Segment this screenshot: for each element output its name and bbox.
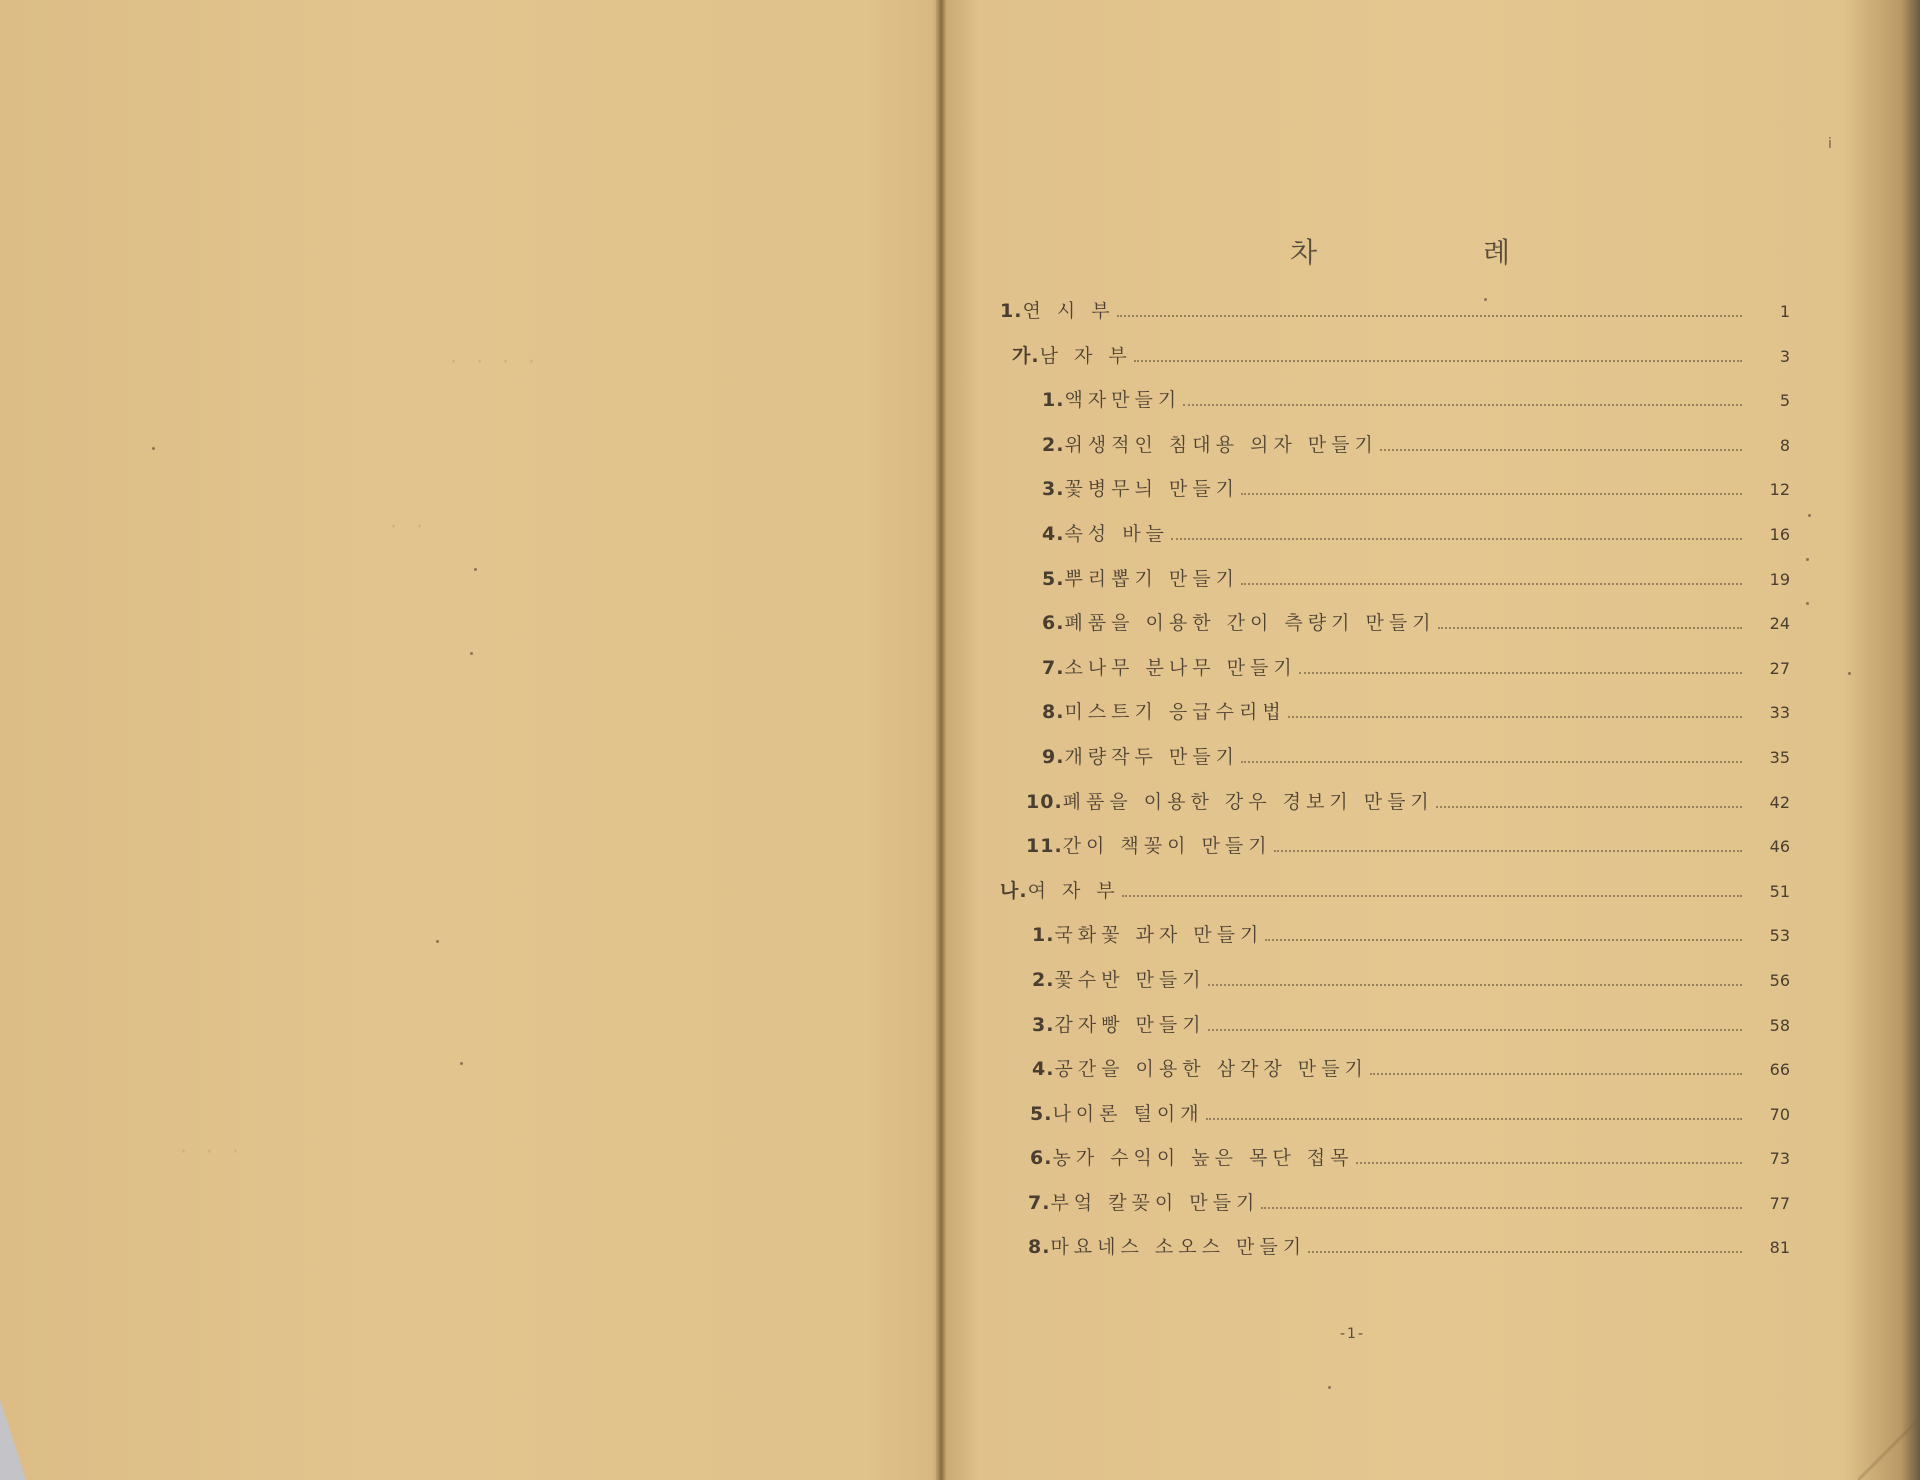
toc-entry-title: 뿌리뽑기 만들기 (1064, 564, 1239, 591)
toc-entry[interactable]: 가.남 자 부3 (1000, 341, 1790, 386)
toc-entry-page: 58 (1750, 1016, 1790, 1035)
dot-leader (1436, 805, 1742, 808)
left-page: · · · · · · · · · (0, 0, 940, 1480)
toc-entry-number: 4. (1032, 1058, 1054, 1080)
toc-entry-page: 12 (1750, 480, 1790, 499)
toc-entry-page: 35 (1750, 748, 1790, 767)
toc-entry-page: 46 (1750, 837, 1790, 856)
toc-entry-page: 51 (1750, 882, 1790, 901)
dust-speck (1848, 672, 1851, 675)
dust-speck (1806, 558, 1809, 561)
dot-leader (1265, 938, 1742, 941)
toc-entry-title: 연 시 부 (1022, 296, 1114, 323)
toc-entry[interactable]: 3.꽃병무늬 만들기12 (1000, 474, 1790, 519)
toc-entry-title: 국화꽃 과자 만들기 (1054, 920, 1263, 947)
toc-entry[interactable]: 7.부엌 칼꽂이 만들기77 (1000, 1188, 1790, 1233)
dot-leader (1208, 1028, 1742, 1031)
toc-entry[interactable]: 1.국화꽃 과자 만들기53 (1000, 920, 1790, 965)
torn-page-corner (0, 1400, 26, 1480)
toc-entry[interactable]: 10.폐품을 이용한 강우 경보기 만들기42 (1000, 787, 1790, 832)
book-spine (936, 0, 946, 1480)
toc-entry-title: 감자빵 만들기 (1054, 1010, 1205, 1037)
toc-entry-title: 나이론 털이개 (1052, 1099, 1203, 1126)
toc-entry-number: 11. (1026, 835, 1063, 857)
dot-leader (1308, 1250, 1742, 1253)
toc-entry-number: 10. (1026, 791, 1063, 813)
dot-leader (1208, 983, 1742, 986)
toc-entry-page: 24 (1750, 614, 1790, 633)
toc-entry-page: 1 (1750, 302, 1790, 321)
toc-entry[interactable]: 4.속성 바늘16 (1000, 519, 1790, 564)
toc-entry-title: 농가 수익이 높은 목단 접목 (1052, 1143, 1353, 1170)
toc-entry-title: 남 자 부 (1040, 341, 1132, 368)
toc-entry[interactable]: 7.소나무 분나무 만들기27 (1000, 653, 1790, 698)
toc-entry-number: 3. (1032, 1014, 1054, 1036)
toc-entry-title: 속성 바늘 (1064, 519, 1168, 546)
toc-entry-number: 2. (1032, 969, 1054, 991)
toc-entry-number: 7. (1028, 1192, 1050, 1214)
toc-entry-number: 3. (1042, 478, 1064, 500)
toc-entry-number: 8. (1042, 701, 1064, 723)
page-number: -1- (1340, 1326, 1365, 1342)
dust-speck (436, 940, 439, 943)
toc-title-char: 례 (1483, 231, 1510, 271)
toc-entry-page: 8 (1750, 436, 1790, 455)
folded-page-corner (1858, 1400, 1918, 1480)
show-through-mark: · · · · (450, 350, 541, 375)
dot-leader (1274, 849, 1742, 852)
toc-entry-number: 4. (1042, 523, 1064, 545)
dot-leader (1122, 894, 1742, 897)
toc-entry[interactable]: 6.폐품을 이용한 간이 측량기 만들기24 (1000, 608, 1790, 653)
toc-entry-page: 53 (1750, 926, 1790, 945)
toc-title-char: 차 (1290, 231, 1317, 271)
toc-entry-number: 6. (1042, 612, 1064, 634)
toc-entry-number: 가. (1012, 341, 1040, 368)
toc-entry[interactable]: 3.감자빵 만들기58 (1000, 1010, 1790, 1055)
toc-entry-title: 액자만들기 (1064, 385, 1181, 412)
dot-leader (1288, 715, 1742, 718)
dot-leader (1117, 314, 1742, 317)
toc-entry-title: 폐품을 이용한 간이 측량기 만들기 (1064, 608, 1435, 635)
toc-entry-number: 나. (1000, 876, 1028, 903)
toc-title: 차 례 (1290, 231, 1510, 271)
toc-entry-number: 8. (1028, 1236, 1050, 1258)
toc-entry-page: 27 (1750, 659, 1790, 678)
dot-leader (1171, 537, 1742, 540)
toc-entry-number: 6. (1030, 1147, 1052, 1169)
toc-entry[interactable]: 4.공간을 이용한 삼각장 만들기66 (1000, 1054, 1790, 1099)
corner-mark: i (1828, 136, 1832, 152)
toc-entry-title: 여 자 부 (1028, 876, 1120, 903)
toc-entry[interactable]: 나.여 자 부51 (1000, 876, 1790, 921)
toc-entry-title: 폐품을 이용한 강우 경보기 만들기 (1063, 787, 1434, 814)
toc-entry-title: 마요네스 소오스 만들기 (1050, 1232, 1306, 1259)
toc-entry-number: 2. (1042, 434, 1064, 456)
toc-entry[interactable]: 9.개량작두 만들기35 (1000, 742, 1790, 787)
toc-entry[interactable]: 5.나이론 털이개70 (1000, 1099, 1790, 1144)
dust-speck (1328, 1386, 1331, 1389)
dot-leader (1241, 582, 1742, 585)
toc-entry-page: 19 (1750, 570, 1790, 589)
dot-leader (1356, 1161, 1742, 1164)
dust-speck (152, 447, 155, 450)
show-through-mark: · · · (180, 1140, 245, 1165)
toc-entry-page: 5 (1750, 391, 1790, 410)
toc-entry-number: 7. (1042, 657, 1064, 679)
toc-entry[interactable]: 1.액자만들기5 (1000, 385, 1790, 430)
toc-entry-page: 66 (1750, 1060, 1790, 1079)
dust-speck (1806, 602, 1809, 605)
toc-entry-page: 3 (1750, 347, 1790, 366)
toc-entry-page: 33 (1750, 703, 1790, 722)
toc-entry-title: 미스트기 응급수리법 (1064, 697, 1285, 724)
toc-entry-page: 70 (1750, 1105, 1790, 1124)
toc-entry-page: 42 (1750, 793, 1790, 812)
dot-leader (1299, 671, 1742, 674)
toc-entry[interactable]: 6.농가 수익이 높은 목단 접목73 (1000, 1143, 1790, 1188)
dot-leader (1261, 1206, 1742, 1209)
dot-leader (1438, 626, 1742, 629)
toc-entry[interactable]: 8.미스트기 응급수리법33 (1000, 697, 1790, 742)
toc-entry-number: 5. (1030, 1103, 1052, 1125)
dust-speck (1808, 514, 1811, 517)
toc-entry-page: 16 (1750, 525, 1790, 544)
toc-entry[interactable]: 1.연 시 부1 (1000, 296, 1790, 341)
dot-leader (1183, 403, 1742, 406)
toc-entry-number: 1. (1000, 300, 1022, 322)
dot-leader (1370, 1072, 1742, 1075)
table-of-contents: 1.연 시 부1 가.남 자 부3 1.액자만들기5 2.위생적인 침대용 의자… (1000, 296, 1790, 1277)
toc-entry[interactable]: 2.위생적인 침대용 의자 만들기8 (1000, 430, 1790, 475)
dot-leader (1380, 448, 1742, 451)
toc-entry-number: 5. (1042, 568, 1064, 590)
toc-entry-page: 73 (1750, 1149, 1790, 1168)
toc-entry-page: 77 (1750, 1194, 1790, 1213)
toc-entry-number: 1. (1042, 389, 1064, 411)
toc-entry[interactable]: 8.마요네스 소오스 만들기81 (1000, 1232, 1790, 1277)
toc-entry[interactable]: 11.간이 책꽂이 만들기46 (1000, 831, 1790, 876)
toc-entry-page: 56 (1750, 971, 1790, 990)
toc-entry-title: 개량작두 만들기 (1064, 742, 1239, 769)
show-through-mark: · · (390, 515, 429, 540)
toc-entry-number: 1. (1032, 924, 1054, 946)
toc-entry-number: 9. (1042, 746, 1064, 768)
toc-entry[interactable]: 2.꽃수반 만들기56 (1000, 965, 1790, 1010)
dust-speck (470, 652, 473, 655)
dot-leader (1241, 492, 1742, 495)
toc-entry-title: 공간을 이용한 삼각장 만들기 (1054, 1054, 1367, 1081)
toc-entry-title: 간이 책꽂이 만들기 (1063, 831, 1272, 858)
toc-entry-title: 위생적인 침대용 의자 만들기 (1064, 430, 1377, 457)
toc-entry-title: 꽃병무늬 만들기 (1064, 474, 1239, 501)
book-spread: · · · · · · · · · i 차 례 1.연 시 부1 가.남 자 부… (0, 0, 1920, 1480)
dust-speck (460, 1062, 463, 1065)
dust-speck (1484, 298, 1487, 301)
dot-leader (1134, 359, 1742, 362)
toc-entry-page: 81 (1750, 1238, 1790, 1257)
toc-entry-title: 소나무 분나무 만들기 (1064, 653, 1296, 680)
toc-entry-title: 꽃수반 만들기 (1054, 965, 1205, 992)
dot-leader (1206, 1117, 1742, 1120)
toc-entry[interactable]: 5.뿌리뽑기 만들기19 (1000, 564, 1790, 609)
toc-entry-title: 부엌 칼꽂이 만들기 (1050, 1188, 1259, 1215)
dot-leader (1241, 760, 1742, 763)
dust-speck (474, 568, 477, 571)
